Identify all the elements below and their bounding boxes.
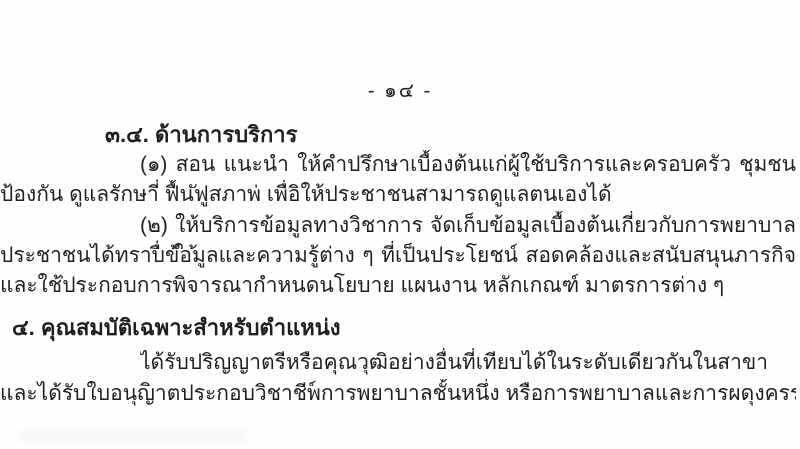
- scanned-document-page: - ๑๔ - ๓.๔. ด้านการบริการ(๑) สอน แนะนำ ใ…: [0, 0, 800, 449]
- page-number: - ๑๔ -: [0, 74, 800, 106]
- document-line: และใช้ประกอบการพิจารณากำหนดนโยบาย แผนงาน…: [0, 271, 796, 309]
- scan-artifact: [18, 430, 248, 442]
- section-heading: ๔. คุณสมบัติเฉพาะสำหรับตำแหน่ง: [12, 313, 796, 351]
- document-line: และได้รับใบอนุญาตประกอบวิชาชีพการพยาบาลช…: [0, 379, 796, 417]
